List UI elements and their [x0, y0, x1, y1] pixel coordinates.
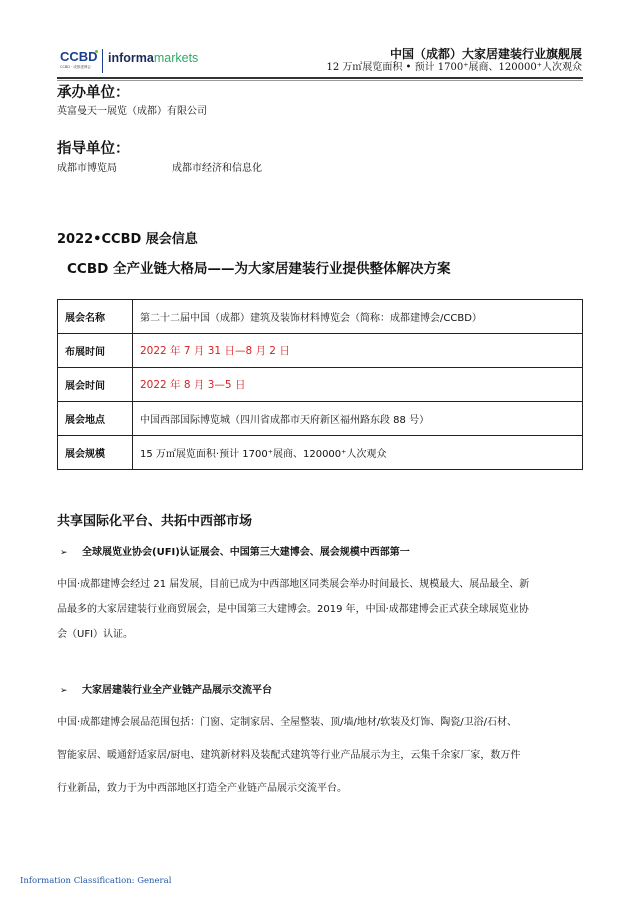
- logo-dot-icon: [95, 50, 98, 53]
- table-row: 展会名称 第二十二届中国（成都）建筑及装饰材料博览会（简称：成都建博会/CCBD…: [58, 300, 583, 334]
- paragraph-line: 中国·成都建博会经过 21 届发展，目前已成为中西部地区同类展会举办时间最长、规…: [57, 578, 529, 591]
- guidance-unit-2: 成都市经济和信息化: [172, 162, 262, 175]
- table-value: 15 万㎡展览面积·预计 1700⁺展商、120000⁺人次观众: [133, 436, 583, 470]
- table-value: 2022 年 7 月 31 日—8 月 2 日: [133, 334, 583, 368]
- table-value: 2022 年 8 月 3—5 日: [133, 368, 583, 402]
- bullet-item: ➢全球展览业协会(UFI)认证展会、中国第三大建博会、展会规模中西部第一: [60, 546, 410, 560]
- info-heading: 2022•CCBD 展会信息: [57, 232, 198, 248]
- paragraph-line: 行业新品，致力于为中西部地区打造全产业链产品展示交流平台。: [57, 782, 347, 795]
- header-rule-thin: [57, 80, 583, 81]
- informa-logo-text: informa: [108, 51, 154, 65]
- organizer-heading: 承办单位：: [57, 84, 130, 102]
- paragraph-line: 品最多的大家居建装行业商贸展会，是中国第三大建博会。2019 年，中国·成都建博…: [57, 603, 529, 616]
- exhibition-info-table: 展会名称 第二十二届中国（成都）建筑及装饰材料博览会（简称：成都建博会/CCBD…: [57, 299, 583, 470]
- table-value: 中国西部国际博览城（四川省成都市天府新区福州路东段 88 号）: [133, 402, 583, 436]
- organizer-name: 英富曼天一展览（成都）有限公司: [57, 105, 207, 118]
- table-value: 第二十二届中国（成都）建筑及装饰材料博览会（简称：成都建博会/CCBD）: [133, 300, 583, 334]
- guidance-unit-1: 成都市博览局: [57, 162, 117, 175]
- table-key: 展会名称: [58, 300, 133, 334]
- ccbd-logo-mark: CCBD: [60, 50, 100, 63]
- paragraph-line: 中国·成都建博会展品范围包括：门窗、定制家居、全屋整装、顶/墙/地材/软装及灯饰…: [57, 716, 517, 729]
- markets-logo-text: markets: [154, 51, 198, 65]
- paragraph-line: 会（UFI）认证。: [57, 628, 133, 641]
- bullet-text: 全球展览业协会(UFI)认证展会、中国第三大建博会、展会规模中西部第一: [82, 547, 410, 558]
- bullet-text: 大家居建装行业全产业链产品展示交流平台: [82, 685, 272, 696]
- table-key: 展会时间: [58, 368, 133, 402]
- table-row: 展会地点 中国西部国际博览城（四川省成都市天府新区福州路东段 88 号）: [58, 402, 583, 436]
- header-subtitle: 12 万㎡展览面积 • 预计 1700⁺展商、120000⁺人次观众: [326, 62, 582, 74]
- table-row: 展会规模 15 万㎡展览面积·预计 1700⁺展商、120000⁺人次观众: [58, 436, 583, 470]
- header-title: 中国（成都）大家居建装行业旗舰展: [390, 47, 582, 61]
- arrow-bullet-icon: ➢: [60, 547, 82, 560]
- ccbd-logo: CCBD CCBD · 成都建博会: [60, 50, 100, 72]
- logo-divider: [102, 49, 103, 73]
- bullet-item: ➢大家居建装行业全产业链产品展示交流平台: [60, 684, 272, 698]
- paragraph-line: 智能家居、暖通舒适家居/厨电、建筑新材料及装配式建筑等行业产品展示为主，云集千余…: [57, 749, 520, 762]
- platform-heading: 共享国际化平台、共拓中西部市场: [57, 514, 252, 530]
- classification-footer: Information Classification: General: [20, 876, 171, 886]
- info-subheading: CCBD 全产业链大格局——为大家居建装行业提供整体解决方案: [67, 261, 451, 278]
- guidance-heading: 指导单位：: [57, 140, 130, 158]
- informa-markets-logo: informamarkets: [108, 51, 198, 66]
- ccbd-logo-subtitle: CCBD · 成都建博会: [60, 65, 100, 69]
- header-rule: [57, 77, 583, 79]
- arrow-bullet-icon: ➢: [60, 685, 82, 698]
- table-key: 展会规模: [58, 436, 133, 470]
- table-row: 布展时间 2022 年 7 月 31 日—8 月 2 日: [58, 334, 583, 368]
- table-key: 布展时间: [58, 334, 133, 368]
- table-key: 展会地点: [58, 402, 133, 436]
- table-row: 展会时间 2022 年 8 月 3—5 日: [58, 368, 583, 402]
